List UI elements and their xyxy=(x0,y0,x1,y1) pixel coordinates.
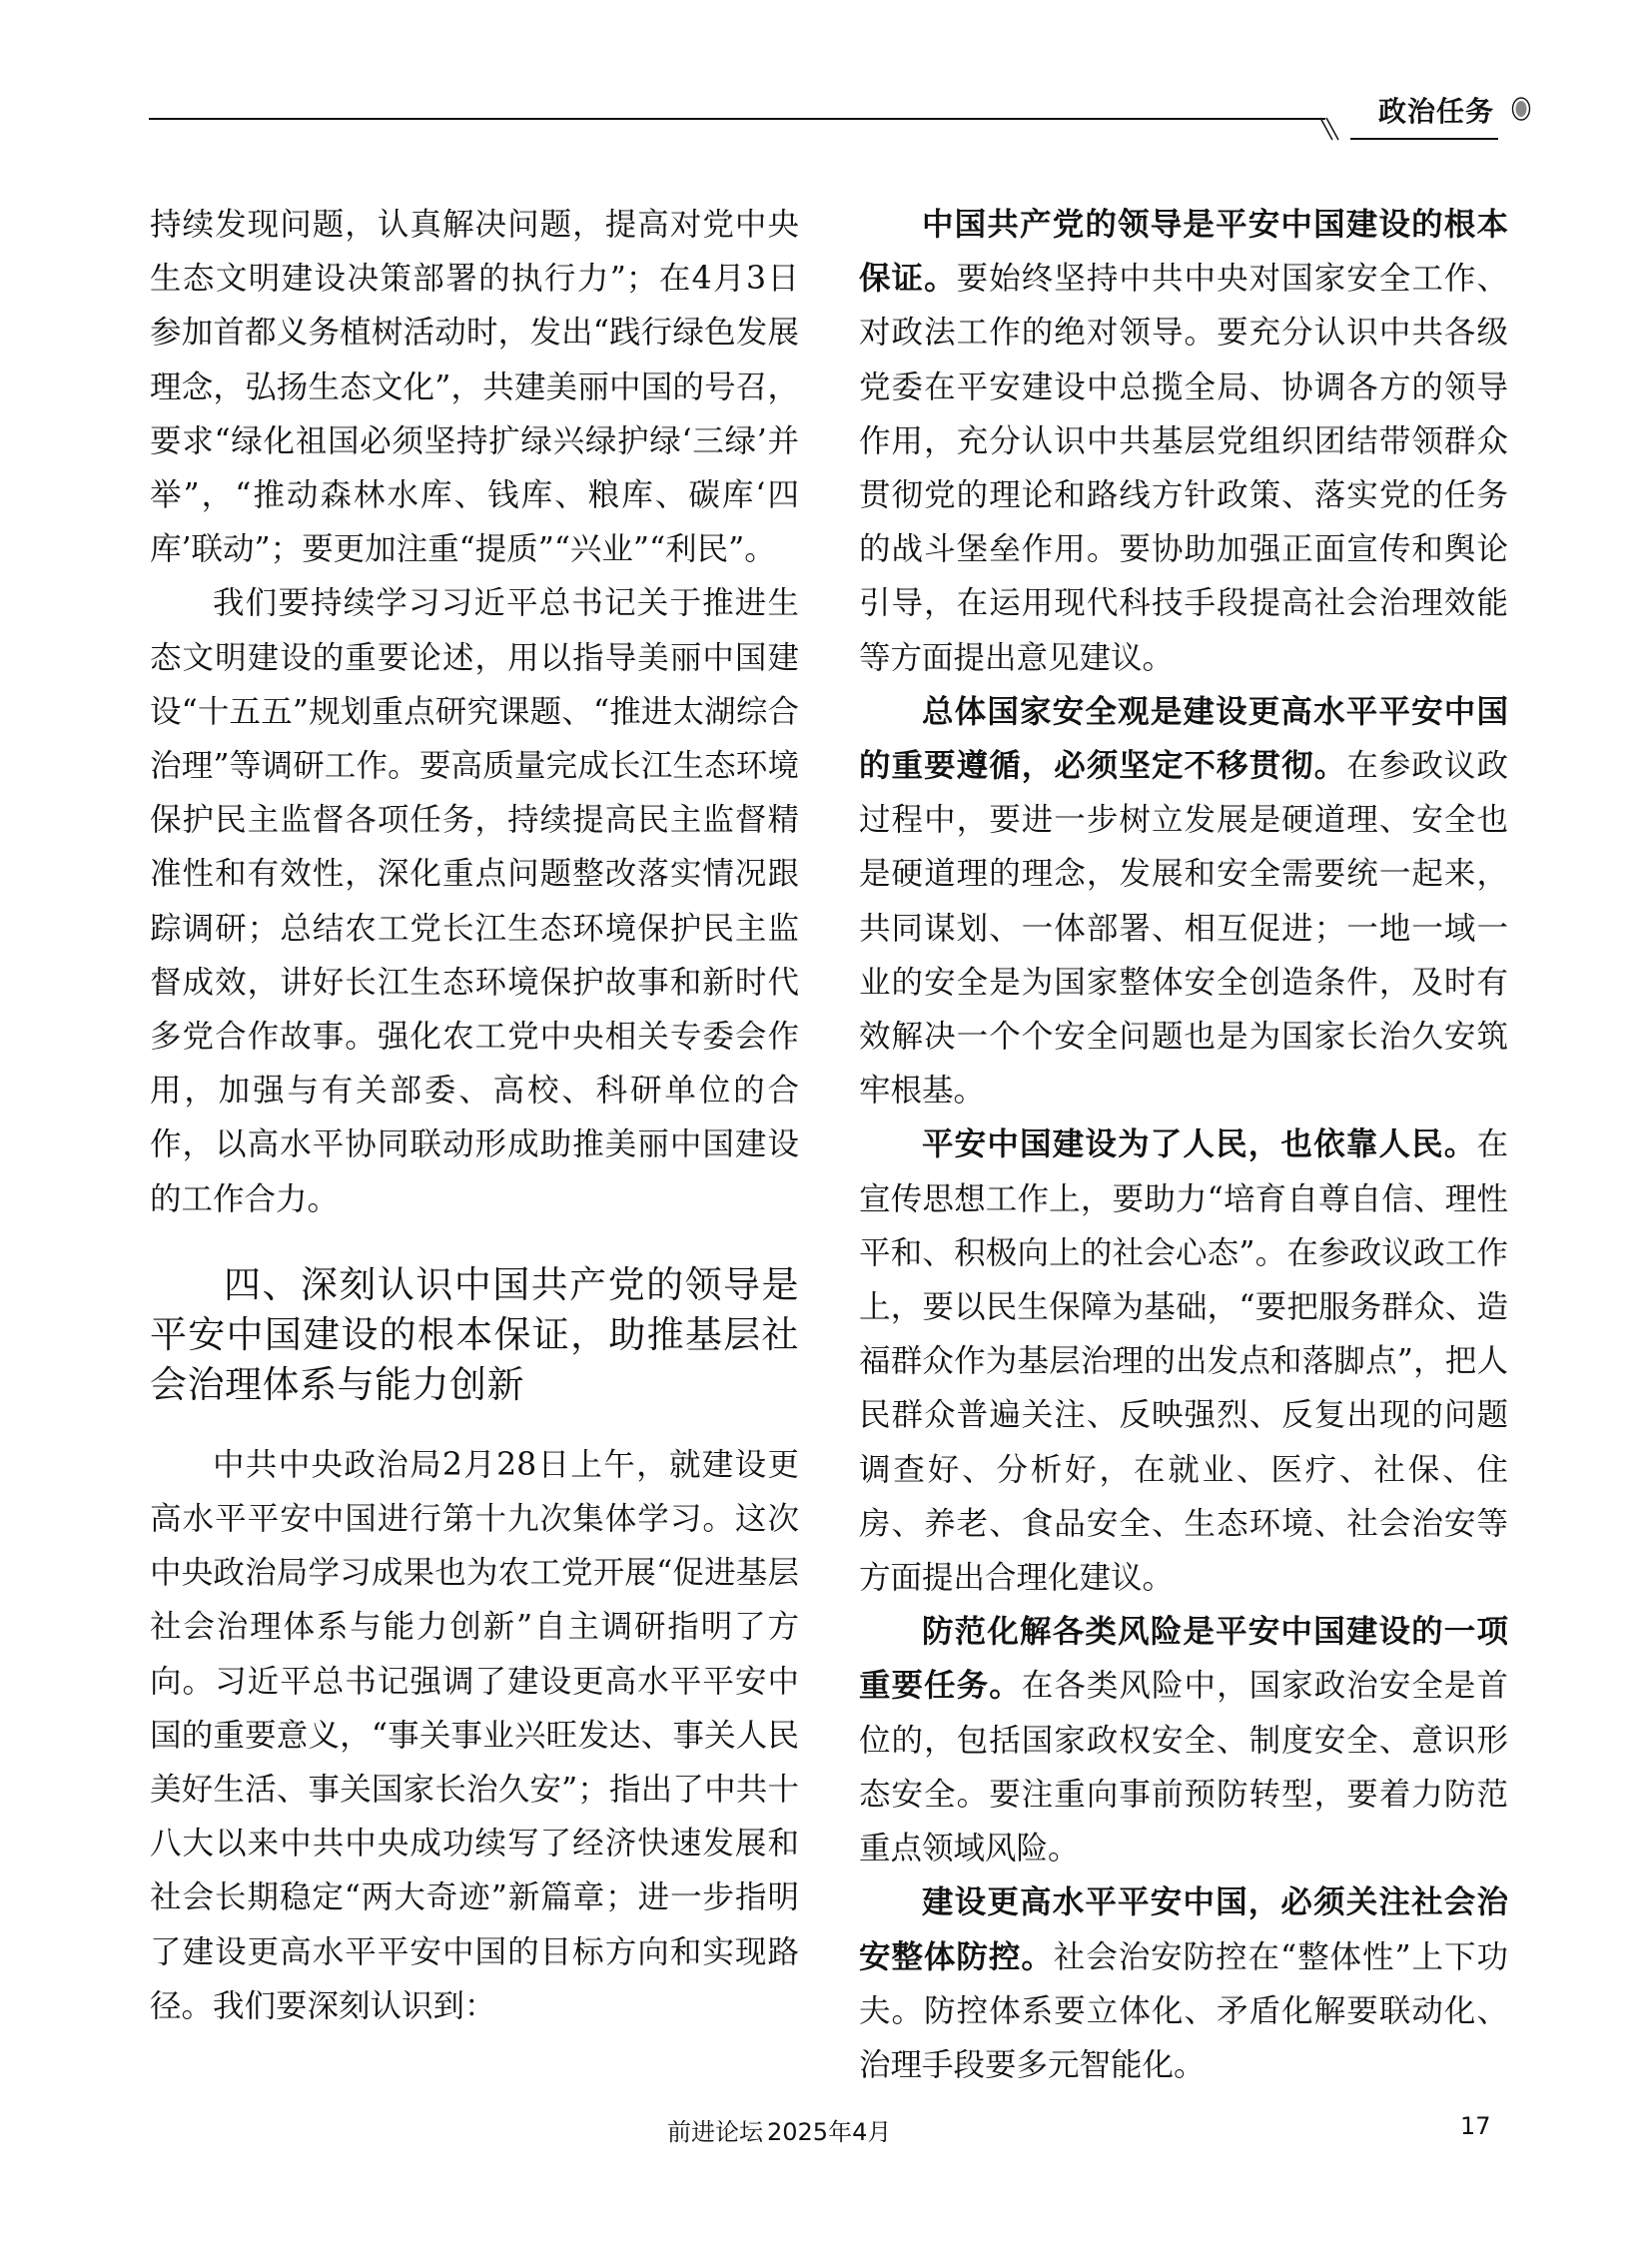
paragraph: 中共中央政治局2月28日上午，就建设更高水平平安中国进行第十九次集体学习。这次中… xyxy=(150,1438,799,2033)
section-title: 政治任务 xyxy=(1378,90,1494,130)
paragraph: 我们要持续学习习近平总书记关于推进生态文明建设的重要论述，用以指导美丽中国建设“… xyxy=(150,576,799,1225)
footer-magazine-name: 前进论坛 xyxy=(667,2112,763,2147)
page-number: 17 xyxy=(1460,2112,1491,2140)
header-rule xyxy=(149,118,1325,120)
paragraph-body: 在宣传思想工作上，要助力“培育自尊自信、理性平和、积极向上的社会心态”。在参政议… xyxy=(859,1126,1508,1596)
paragraph: 中国共产党的领导是平安中国建设的根本保证。要始终坚持中共中央对国家安全工作、对政… xyxy=(859,198,1508,685)
section-heading: 四、深刻认识中国共产党的领导是平安中国建设的根本保证，助推基层社会治理体系与能力… xyxy=(150,1260,799,1410)
header-sub-rule xyxy=(1350,138,1498,140)
paragraph: 总体国家安全观是建设更高水平平安中国的重要遵循，必须坚定不移贯彻。在参政议政过程… xyxy=(859,685,1508,1119)
paragraph-body: 在参政议政过程中，要进一步树立发展是硬道理、安全也是硬道理的理念，发展和安全需要… xyxy=(859,748,1508,1109)
paragraph: 防范化解各类风险是平安中国建设的一项重要任务。在各类风险中，国家政治安全是首位的… xyxy=(859,1605,1508,1875)
right-column: 中国共产党的领导是平安中国建设的根本保证。要始终坚持中共中央对国家安全工作、对政… xyxy=(859,198,1508,2092)
paragraph-lead: 平安中国建设为了人民，也依靠人民。 xyxy=(922,1125,1476,1162)
footer-issue-date: 2025年4月 xyxy=(767,2112,891,2147)
left-column: 持续发现问题，认真解决问题，提高对党中央生态文明建设决策部署的执行力”；在4月3… xyxy=(150,198,799,2033)
paragraph: 平安中国建设为了人民，也依靠人民。在宣传思想工作上，要助力“培育自尊自信、理性平… xyxy=(859,1118,1508,1605)
paragraph: 建设更高水平平安中国，必须关注社会治安整体防控。社会治安防控在“整体性”上下功夫… xyxy=(859,1875,1508,2092)
paragraph: 持续发现问题，认真解决问题，提高对党中央生态文明建设决策部署的执行力”；在4月3… xyxy=(150,198,799,576)
bullet-circle-icon xyxy=(1511,96,1531,122)
magazine-page: 政治任务 持续发现问题，认真解决问题，提高对党中央生态文明建设决策部署的执行力”… xyxy=(0,0,1652,2242)
paragraph-body: 要始终坚持中共中央对国家安全工作、对政法工作的绝对领导。要充分认识中共各级党委在… xyxy=(859,261,1508,675)
